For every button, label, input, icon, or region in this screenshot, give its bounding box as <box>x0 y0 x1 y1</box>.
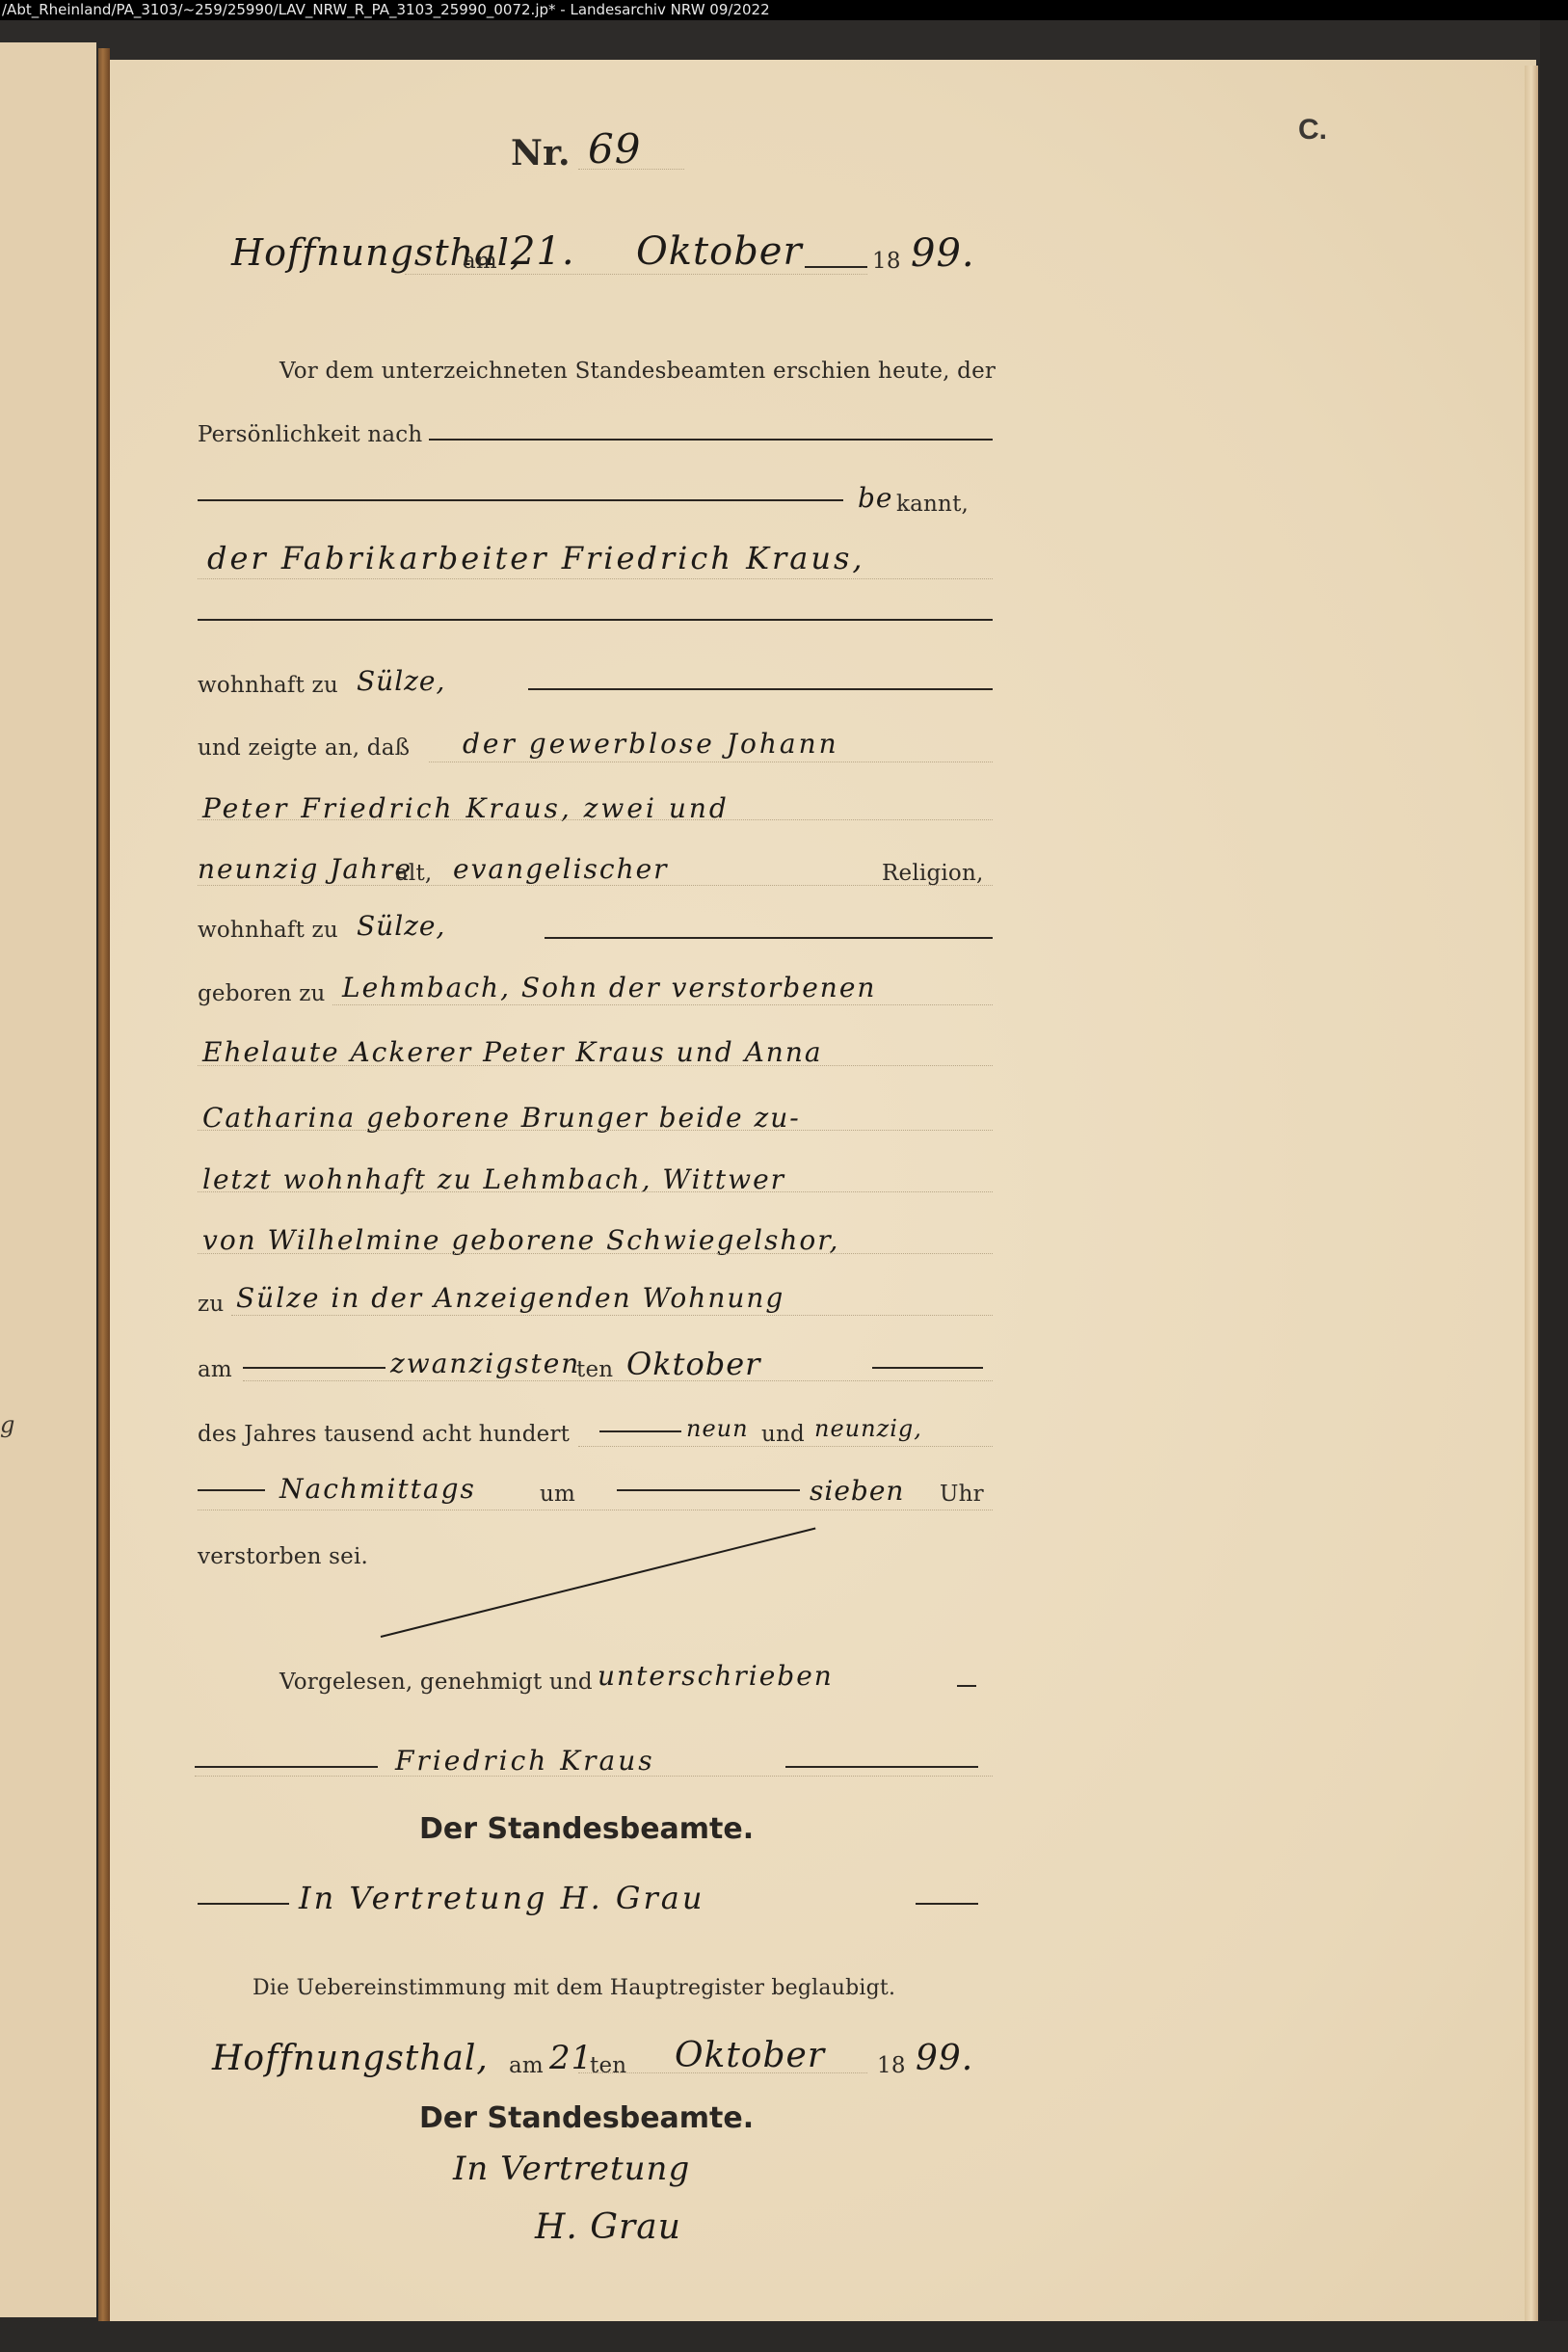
hour-hand: sieben <box>810 1475 904 1507</box>
bekannt-hand: be <box>858 482 893 514</box>
rule <box>617 1489 800 1491</box>
dotline <box>195 1776 993 1777</box>
rule <box>198 1903 289 1905</box>
zu-label: zu <box>198 1292 224 1317</box>
persoenlichkeit-label: Persönlichkeit nach <box>198 422 422 447</box>
wohnhaft-label: wohnhaft zu <box>198 673 338 698</box>
rule <box>957 1685 976 1687</box>
day: 21. <box>511 229 575 274</box>
cert-year-prefix: 18 <box>877 2053 906 2078</box>
ten-label: ten <box>576 1357 613 1382</box>
und-label: und <box>761 1422 805 1447</box>
um-label: um <box>540 1482 575 1507</box>
dotline <box>231 1315 993 1316</box>
number-dotline <box>578 169 684 170</box>
age-hand: neunzig Jahre <box>198 853 412 885</box>
informant: der Fabrikarbeiter Friedrich Kraus, <box>207 540 865 576</box>
beglaubigt-text: Die Uebereinstimmung mit dem Hauptregist… <box>252 1976 895 2000</box>
wohnhaft2-value: Sülze, <box>357 910 445 942</box>
intro-text: Vor dem unterzeichneten Standesbeamten e… <box>279 359 996 384</box>
cert-am: am <box>509 2053 544 2078</box>
am-label: am <box>463 249 497 274</box>
zeigte-value: der gewerblose Johann <box>463 728 839 760</box>
rule <box>599 1430 681 1432</box>
record-number-label: Nr. <box>511 133 571 174</box>
vorgelesen-label: Vorgelesen, genehmigt und <box>279 1670 593 1695</box>
zu-value: Sülze in der Anzeigenden Wohnung <box>236 1282 784 1314</box>
rule <box>198 619 993 621</box>
rule <box>545 937 993 939</box>
year-suffix: 99. <box>911 231 975 276</box>
scan-background-bottom <box>0 2321 1568 2352</box>
official-signature-line: In Vertretung H. Grau <box>299 1880 704 1916</box>
date-dotline <box>405 274 867 275</box>
dotline <box>198 1191 993 1192</box>
dotline <box>578 2072 867 2073</box>
left-page-mark: g <box>0 1411 14 1438</box>
dotline <box>198 819 993 820</box>
year-hand-2: neunzig, <box>814 1415 922 1442</box>
jahres-label: des Jahres tausend acht hundert <box>198 1422 570 1447</box>
vorgelesen-hand: unterschrieben <box>598 1660 834 1692</box>
informant-signature: Friedrich Kraus <box>395 1745 655 1777</box>
book-spine <box>98 48 110 2323</box>
cert-month: Oktober <box>675 2036 825 2075</box>
dotline <box>429 762 993 762</box>
year-hand-1: neun <box>686 1415 749 1442</box>
dotline <box>332 1004 993 1005</box>
zeigte-label: und zeigte an, daß <box>198 735 410 761</box>
scan-background-right <box>1540 20 1568 2352</box>
wohnhaft-value: Sülze, <box>357 665 445 697</box>
page-edge <box>1525 66 1538 2321</box>
dotline <box>198 1253 993 1254</box>
year-prefix: 18 <box>872 249 901 274</box>
official-signature: H. Grau <box>535 2207 681 2247</box>
month: Oktober <box>636 229 803 274</box>
am-label-2: am <box>198 1357 232 1382</box>
religion-hand: evangelischer <box>453 853 669 885</box>
alt-label: alt, <box>395 861 432 886</box>
record-number: 69 <box>588 125 641 173</box>
dotline <box>198 1065 993 1066</box>
page-marker: C. <box>1298 114 1327 147</box>
rule <box>429 439 993 441</box>
cert-day: 21 <box>549 2039 593 2077</box>
bekannt-print: kannt, <box>896 492 969 517</box>
wohnhaft2-label: wohnhaft zu <box>198 918 338 943</box>
rule <box>198 1489 265 1491</box>
rule <box>528 688 993 690</box>
dotline <box>198 1510 993 1510</box>
standesbeamte-heading: Der Standesbeamte. <box>419 1812 754 1846</box>
cert-year-suffix: 99. <box>916 2039 973 2078</box>
death-day: zwanzigsten <box>390 1348 580 1379</box>
geboren-label: geboren zu <box>198 981 326 1006</box>
dotline <box>198 885 993 886</box>
parents-line-1: Ehelaute Ackerer Peter Kraus und Anna <box>202 1036 823 1068</box>
left-page: g <box>0 42 96 2317</box>
date-dash <box>805 266 867 268</box>
geboren-value: Lehmbach, Sohn der verstorbenen <box>342 972 876 1003</box>
cert-place: Hoffnungsthal, <box>212 2039 489 2078</box>
dotline <box>198 1130 993 1131</box>
parents-line-4: von Wilhelmine geborene Schwiegelshor, <box>202 1224 839 1256</box>
cert-ten: ten <box>590 2053 626 2078</box>
scan-background <box>0 20 1568 64</box>
rule <box>243 1367 385 1369</box>
vertretung-2: In Vertretung <box>453 2150 690 2188</box>
window-title: /Abt_Rheinland/PA_3103/~259/25990/LAV_NR… <box>0 0 1568 20</box>
uhr-label: Uhr <box>940 1482 984 1507</box>
rule <box>785 1766 978 1768</box>
dotline <box>198 578 993 579</box>
rule <box>872 1367 983 1369</box>
verstorben-label: verstorben sei. <box>198 1544 368 1569</box>
death-month: Oktober <box>626 1346 760 1382</box>
standesbeamte-heading-2: Der Standesbeamte. <box>419 2101 754 2135</box>
time-hand: Nachmittags <box>279 1473 476 1505</box>
dotline <box>578 1446 993 1447</box>
rule <box>198 499 843 501</box>
rule <box>195 1766 378 1768</box>
rule <box>916 1903 978 1905</box>
dotline <box>243 1380 993 1381</box>
religion-label: Religion, <box>882 861 984 886</box>
